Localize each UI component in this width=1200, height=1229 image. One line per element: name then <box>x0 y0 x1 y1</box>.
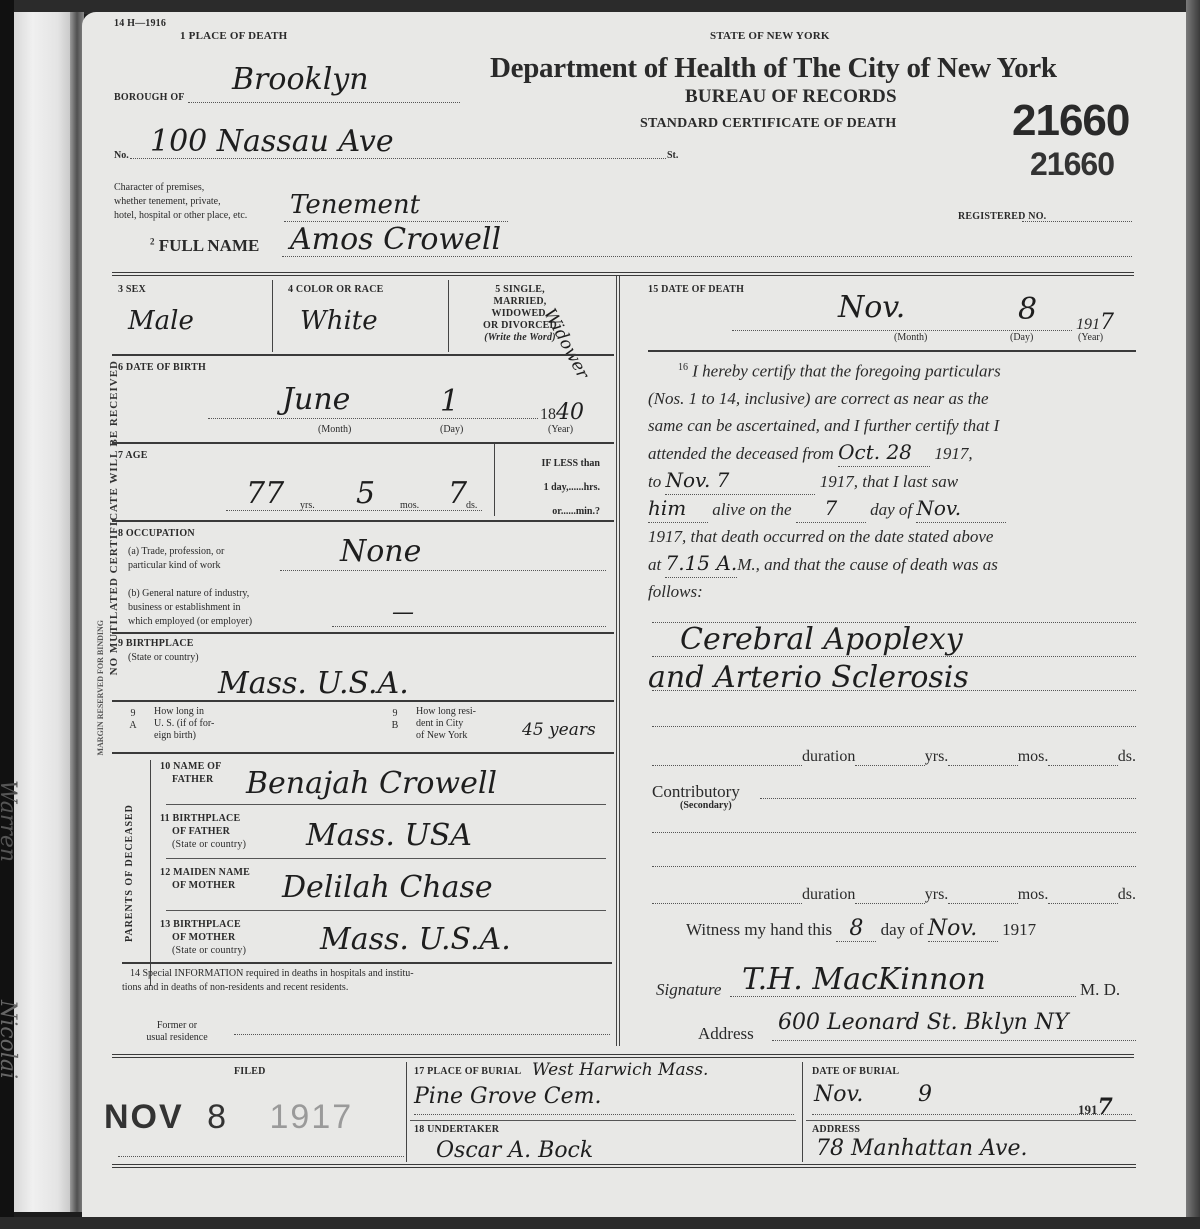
attended-from-year: 1917 <box>934 444 968 463</box>
duration-yrs-caption-2: yrs. <box>925 886 949 904</box>
duration-lead-2 <box>652 903 802 904</box>
divider-6 <box>112 752 614 754</box>
certification-num: 16 <box>678 362 688 373</box>
father-birthplace-label-2: OF FATHER <box>160 825 246 838</box>
borough-value[interactable]: Brooklyn <box>232 62 369 97</box>
residence-9a-label-1: How long in <box>154 706 214 718</box>
mother-birthplace-label-3: (State or country) <box>160 944 246 957</box>
dod-day-caption: (Day) <box>1010 332 1033 343</box>
filed-burial-divider <box>406 1062 407 1162</box>
duration-mos-caption-1: mos. <box>1018 748 1049 766</box>
witness-prefix: Witness my hand this <box>686 920 832 939</box>
father-birthplace-label-1: 11 BIRTHPLACE <box>160 812 246 825</box>
witness-year: 1917 <box>1002 920 1036 939</box>
residence-9a-marker: 9 A <box>118 708 148 732</box>
burial-address-label: ADDRESS <box>812 1124 860 1135</box>
margin-note-1: Warren <box>0 780 20 1000</box>
duration-row-2: duration yrs. mos. ds. <box>652 886 1136 904</box>
occupation-a-label-2: particular kind of work <box>128 560 220 571</box>
dod-year-prefix: 191 <box>1076 316 1100 333</box>
scan-border-right <box>1186 0 1200 1229</box>
father-birthplace-label-3: (State or country) <box>160 838 246 851</box>
certification-line-9: follows: <box>648 578 1136 605</box>
filed-stamp-month: NOV <box>104 1098 184 1136</box>
certificate-number: 21660 <box>1012 96 1129 146</box>
contributory-label: Contributory <box>652 782 740 802</box>
undertaker-label: 18 UNDERTAKER <box>414 1124 499 1135</box>
divider-5 <box>112 700 614 702</box>
burial-year-prefix: 191 <box>1078 1102 1098 1117</box>
occupation-a-label-1: (a) Trade, profession, or <box>128 546 224 557</box>
certification-line-5-suffix: , that I last saw <box>854 472 958 491</box>
mother-birthplace-value[interactable]: Mass. U.S.A. <box>320 922 511 957</box>
filed-line <box>118 1156 404 1157</box>
if-less-line-1: IF LESS than <box>510 452 600 476</box>
parents-side-label: PARENTS OF DECEASED <box>124 760 135 986</box>
former-residence-field[interactable] <box>234 1034 610 1035</box>
divider-4 <box>112 632 614 634</box>
mother-name-label-1: 12 MAIDEN NAME <box>160 866 250 879</box>
doctor-address-value[interactable]: 600 Leonard St. Bklyn NY <box>778 1010 1069 1035</box>
borough-label: BOROUGH OF <box>114 92 185 103</box>
witness-dayof: day of <box>881 920 924 939</box>
duration-ds-caption-1: ds. <box>1118 748 1136 766</box>
duration-label-1: duration <box>802 748 855 766</box>
residence-9b-label-2: dent in City <box>416 718 476 730</box>
divider-father <box>166 804 606 805</box>
attended-to-value[interactable]: Nov. 7 <box>665 467 815 495</box>
certification-block: 16 I hereby certify that the foregoing p… <box>648 354 1136 605</box>
dob-label: 6 DATE OF BIRTH <box>118 362 206 373</box>
mother-name-label: 12 MAIDEN NAME OF MOTHER <box>160 866 250 892</box>
mutilated-notice: NO MUTILATED CERTIFICATE WILL BE RECEIVE… <box>108 360 120 675</box>
state-heading: STATE OF NEW YORK <box>710 30 830 42</box>
divider-2 <box>112 442 614 444</box>
duration-ds-field-1[interactable] <box>1048 765 1117 766</box>
residence-9b-value[interactable]: 45 years <box>522 720 596 740</box>
sex-race-divider <box>272 280 273 352</box>
father-name-value[interactable]: Benajah Crowell <box>246 766 497 801</box>
residence-9a-letter: A <box>118 720 148 732</box>
filed-stamp-year: 1917 <box>270 1098 354 1136</box>
last-seen-month-value[interactable]: Nov. <box>916 495 1006 523</box>
dob-day[interactable]: 1 <box>440 384 459 419</box>
street-no-label: No. <box>114 150 129 161</box>
burial-place-label: 17 PLACE OF BURIAL <box>414 1066 521 1077</box>
residence-9b-marker: 9 B <box>380 708 410 732</box>
full-name-label: 2 FULL NAME <box>150 236 259 256</box>
burial-address-value[interactable]: 78 Manhattan Ave. <box>816 1136 1027 1161</box>
birthplace-value[interactable]: Mass. U.S.A. <box>218 666 409 701</box>
doctor-address-line <box>772 1040 1136 1041</box>
duration-mos-field-2[interactable] <box>948 903 1017 904</box>
father-name-label-2: FATHER <box>160 773 221 786</box>
burial-place-value-2[interactable]: Pine Grove Cem. <box>414 1084 602 1109</box>
burial-date-label: DATE OF BURIAL <box>812 1066 899 1077</box>
father-name-label: 10 NAME OF FATHER <box>160 760 221 786</box>
age-yrs-caption: yrs. <box>300 500 315 511</box>
age-years[interactable]: 77 <box>246 476 284 511</box>
burial-place-value-1[interactable]: West Harwich Mass. <box>532 1060 708 1080</box>
duration-yrs-field-2[interactable] <box>855 903 924 904</box>
certification-line-8-suffix: M., and that the cause of death was as <box>737 555 998 574</box>
parents-divider <box>150 760 151 986</box>
certification-line-7-year: 1917 <box>648 527 682 546</box>
dod-month-caption: (Month) <box>894 332 927 343</box>
certification-line-2: (Nos. 1 to 14, inclusive) are correct as… <box>648 385 1136 412</box>
birthplace-label: 9 BIRTHPLACE <box>118 638 194 649</box>
certification-line-4-prefix: attended the deceased from <box>648 444 834 463</box>
certificate-number-stamp: 21660 <box>1030 146 1114 183</box>
divider-top <box>112 272 1134 276</box>
contributory-line-2 <box>652 832 1136 833</box>
burial-date-day[interactable]: 9 <box>918 1082 932 1107</box>
filed-label: FILED <box>234 1066 266 1077</box>
divider-7 <box>122 962 612 964</box>
doctor-address-label: Address <box>698 1024 754 1044</box>
sex-label: 3 SEX <box>118 284 146 295</box>
certification-line-7-suffix: , that death occurred on the date stated… <box>682 527 993 546</box>
divider-1 <box>112 354 614 356</box>
duration-label-2: duration <box>802 886 855 904</box>
time-of-death-value[interactable]: 7.15 A. <box>665 550 737 578</box>
mother-birthplace-label-1: 13 BIRTHPLACE <box>160 918 246 931</box>
dob-day-caption: (Day) <box>440 424 463 435</box>
marital-label-1: 5 SINGLE, <box>450 284 590 296</box>
residence-9b-num: 9 <box>380 708 410 720</box>
contributory-field[interactable] <box>760 798 1136 799</box>
contributory-line-3 <box>652 866 1136 867</box>
last-seen-day-value[interactable]: 7 <box>796 495 866 523</box>
margin-note-2: Nicolai <box>0 1000 20 1220</box>
occupation-b-line <box>332 626 606 627</box>
premises-label-3: hotel, hospital or other place, etc. <box>114 210 247 221</box>
duration-yrs-caption-1: yrs. <box>925 748 949 766</box>
if-less-line-2: 1 day,......hrs. <box>510 476 600 500</box>
cause-primary-1[interactable]: Cerebral Apoplexy <box>680 622 963 657</box>
certification-line-8-prefix: at <box>648 555 661 574</box>
full-name-label-text: FULL NAME <box>159 236 260 255</box>
duration-lead-1 <box>652 765 802 766</box>
divider-burial-address <box>806 1120 1136 1121</box>
st-label: St. <box>667 150 678 161</box>
cause-line-4 <box>652 726 1136 727</box>
pronoun-value[interactable]: him <box>648 495 708 523</box>
duration-ds-caption-2: ds. <box>1118 886 1136 904</box>
department-title: Department of Health of The City of New … <box>490 52 1057 85</box>
age-divider <box>494 444 495 516</box>
place-of-death-heading: 1 PLACE OF DEATH <box>180 30 287 42</box>
mother-birthplace-label-2: OF MOTHER <box>160 931 246 944</box>
race-label: 4 COLOR OR RACE <box>288 284 384 295</box>
burial-place-line <box>414 1114 794 1115</box>
dob-month-caption: (Month) <box>318 424 351 435</box>
secondary-label: (Secondary) <box>680 800 732 811</box>
signature-label: Signature <box>656 980 721 1000</box>
filed-stamp: NOV 8 1917 <box>104 1098 353 1137</box>
duration-ds-field-2[interactable] <box>1048 903 1117 904</box>
premises-label-1: Character of premises, <box>114 182 204 193</box>
certification-line-5-prefix: to <box>648 472 661 491</box>
divider-father-birthplace <box>166 858 606 859</box>
age-ds-caption: ds. <box>466 500 477 511</box>
burial-year-value[interactable]: 7 <box>1098 1094 1113 1120</box>
occupation-b-label-3: which employed (or employer) <box>128 616 252 627</box>
dob-line <box>208 418 538 419</box>
duration-yrs-field-1[interactable] <box>855 765 924 766</box>
dod-line <box>732 330 1072 331</box>
mother-name-label-2: OF MOTHER <box>160 879 250 892</box>
premises-value[interactable]: Tenement <box>290 190 420 220</box>
certificate-paper <box>82 12 1187 1217</box>
signature-value[interactable]: T.H. MacKinnon <box>742 962 986 997</box>
borough-line <box>188 102 460 103</box>
occupation-a-line <box>280 570 606 571</box>
dod-day[interactable]: 8 <box>1018 292 1037 327</box>
divider-mother <box>166 910 606 911</box>
binding-margin <box>14 12 76 1212</box>
mother-birthplace-label: 13 BIRTHPLACE OF MOTHER (State or countr… <box>160 918 246 957</box>
undertaker-value[interactable]: Oscar A. Bock <box>436 1138 593 1163</box>
occupation-label: 8 OCCUPATION <box>118 528 195 539</box>
certification-line-3: same can be ascertained, and I further c… <box>648 412 1136 439</box>
dob-month[interactable]: June <box>282 382 350 417</box>
certification-line-6-dayof: day of <box>870 500 912 519</box>
attended-from-value[interactable]: Oct. 28 <box>838 439 930 467</box>
filed-stamp-day: 8 <box>207 1098 228 1136</box>
if-less-block: IF LESS than 1 day,......hrs. or......mi… <box>510 452 600 524</box>
certification-line-1: I hereby certify that the foregoing part… <box>692 362 1000 381</box>
mother-name-value[interactable]: Delilah Chase <box>282 870 493 905</box>
duration-mos-field-1[interactable] <box>948 765 1017 766</box>
certificate-type: STANDARD CERTIFICATE OF DEATH <box>640 116 896 132</box>
residence-9b-label-1: How long resi- <box>416 706 476 718</box>
residence-9b-letter: B <box>380 720 410 732</box>
age-label: 7 AGE <box>118 450 148 461</box>
dob-year-caption: (Year) <box>548 424 573 435</box>
divider-3 <box>112 520 614 522</box>
occupation-b-label-2: business or establishment in <box>128 602 241 613</box>
duration-mos-caption-2: mos. <box>1018 886 1049 904</box>
sex-value[interactable]: Male <box>128 306 194 336</box>
witness-row: Witness my hand this 8 day of Nov. 1917 <box>686 916 1036 942</box>
burial-date-divider <box>802 1062 803 1162</box>
occupation-a-value[interactable]: None <box>340 534 421 569</box>
marital-label-2: MARRIED, <box>450 296 590 308</box>
divider-dod <box>648 350 1136 352</box>
father-birthplace-value[interactable]: Mass. USA <box>306 818 472 853</box>
registered-no-field[interactable] <box>1022 221 1132 222</box>
dod-year-caption: (Year) <box>1078 332 1103 343</box>
occupation-b-value[interactable]: — <box>392 600 414 625</box>
street-value[interactable]: 100 Nassau Ave <box>150 124 394 159</box>
father-name-label-1: 10 NAME OF <box>160 760 221 773</box>
age-mos-caption: mos. <box>400 500 419 511</box>
cause-primary-2[interactable]: and Arterio Sclerosis <box>648 660 969 695</box>
age-months[interactable]: 5 <box>356 476 375 511</box>
special-info-line-1: 14 Special INFORMATION required in death… <box>130 968 414 979</box>
former-residence-label-2: usual residence <box>122 1032 232 1044</box>
margin-binding-notice: MARGIN RESERVED FOR BINDING <box>96 620 105 756</box>
burial-date-month[interactable]: Nov. <box>814 1082 863 1107</box>
dob-year-value[interactable]: 40 <box>556 400 584 425</box>
residence-9a-label-3: eign birth) <box>154 730 214 742</box>
full-name-value[interactable]: Amos Crowell <box>290 222 501 257</box>
bureau-heading: BUREAU OF RECORDS <box>685 86 897 108</box>
divider-final <box>112 1164 1136 1168</box>
witness-day[interactable]: 8 <box>836 916 876 942</box>
divider-bottom <box>112 1054 1134 1058</box>
attended-to-year: 1917 <box>820 472 854 491</box>
full-name-number: 2 <box>150 236 155 246</box>
former-residence-label-1: Former or <box>122 1020 232 1032</box>
occupation-b-label-1: (b) General nature of industry, <box>128 588 249 599</box>
column-divider <box>616 276 620 1046</box>
form-code: 14 H—1916 <box>114 18 166 29</box>
certification-line-6-mid: alive on the <box>712 500 791 519</box>
race-value[interactable]: White <box>300 306 378 336</box>
dod-month[interactable]: Nov. <box>838 290 905 325</box>
race-marital-divider <box>448 280 449 352</box>
residence-9a-label: How long in U. S. (if of for- eign birth… <box>154 706 214 742</box>
dob-year-prefix: 18 <box>540 406 556 423</box>
residence-9b-label-3: of New York <box>416 730 476 742</box>
age-days[interactable]: 7 <box>448 476 467 511</box>
special-info-line-2: tions and in deaths of non-residents and… <box>122 982 348 993</box>
father-birthplace-label: 11 BIRTHPLACE OF FATHER (State or countr… <box>160 812 246 851</box>
former-residence-label: Former or usual residence <box>122 1020 232 1044</box>
premises-label-2: whether tenement, private, <box>114 196 221 207</box>
dod-label: 15 DATE OF DEATH <box>648 284 744 295</box>
residence-9a-num: 9 <box>118 708 148 720</box>
md-label: M. D. <box>1080 980 1120 1000</box>
birthplace-sublabel: (State or country) <box>128 652 199 663</box>
divider-undertaker <box>410 1120 796 1121</box>
duration-row-1: duration yrs. mos. ds. <box>652 748 1136 766</box>
marital-label-3: WIDOWED, <box>450 308 590 320</box>
witness-month[interactable]: Nov. <box>928 916 998 942</box>
residence-9b-label: How long resi- dent in City of New York <box>416 706 476 742</box>
residence-9a-label-2: U. S. (if of for- <box>154 718 214 730</box>
scan-border-bottom <box>0 1217 1200 1229</box>
